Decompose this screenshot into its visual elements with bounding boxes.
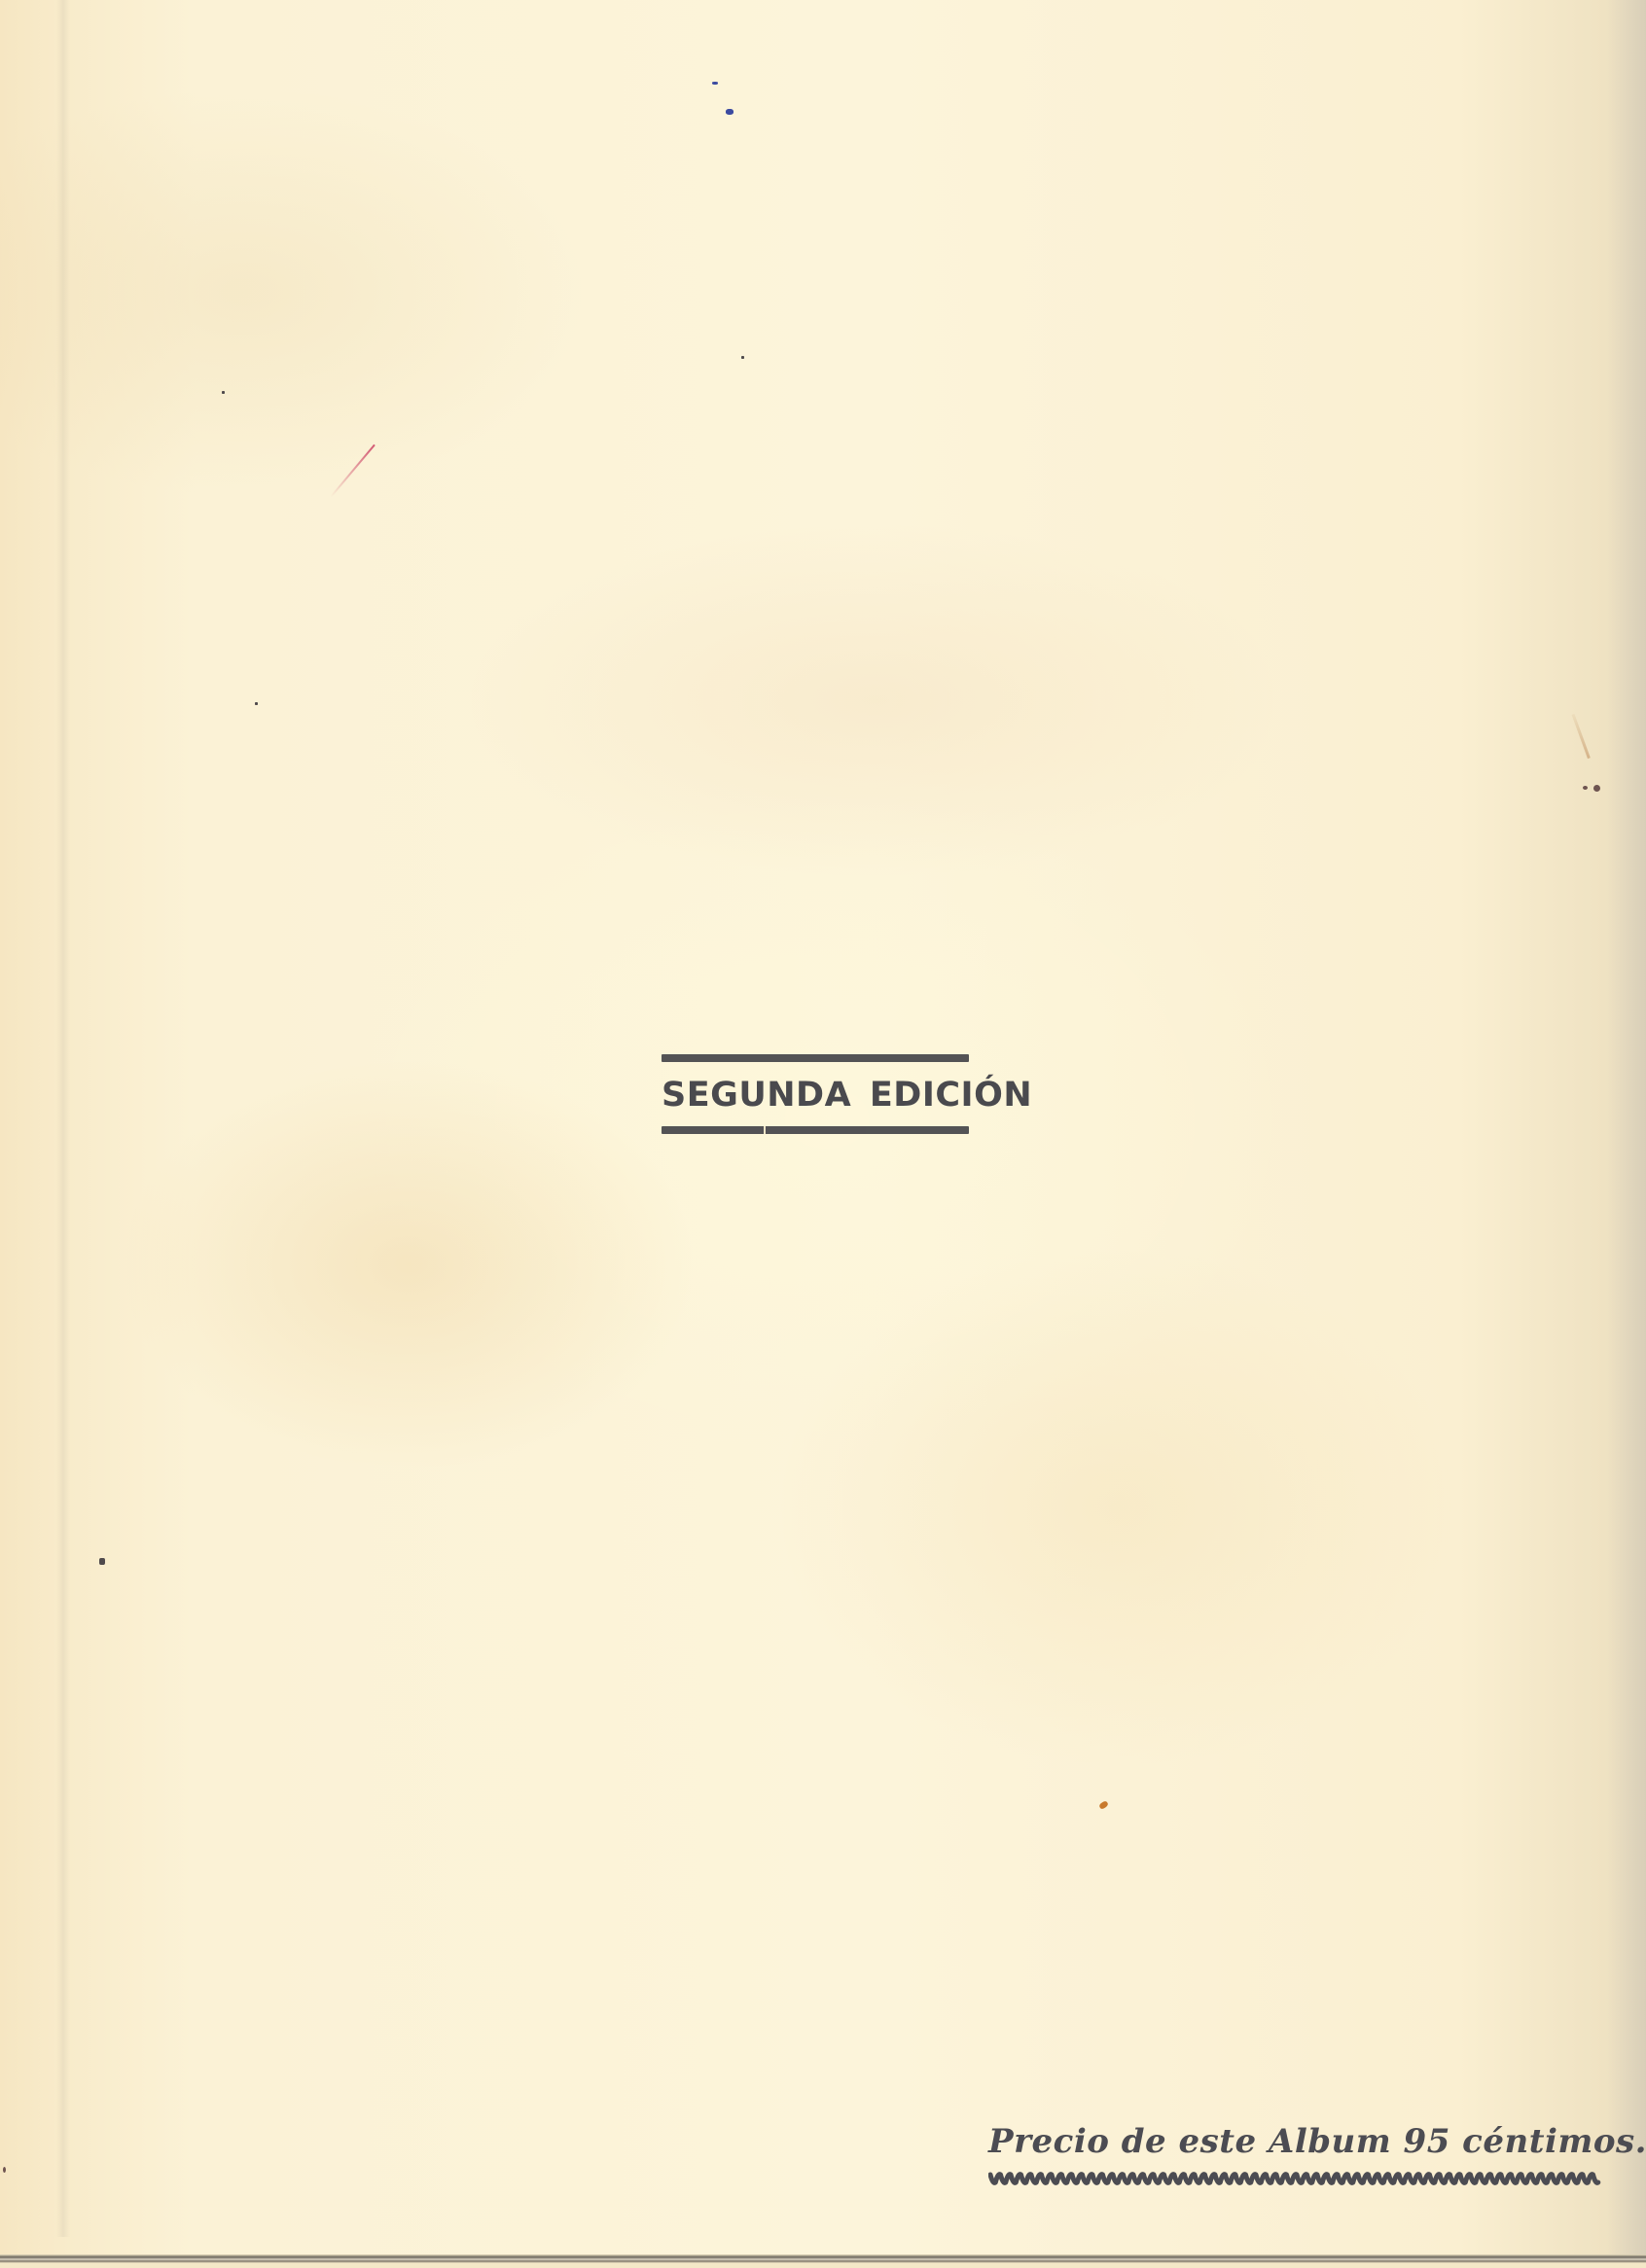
page-bottom-edge [0,2254,1646,2268]
binding-shadow [56,0,70,2237]
rule-top [662,1054,969,1062]
worn-right-edge [1607,0,1646,2268]
rule-bottom [662,1126,969,1134]
stain-streak [1572,714,1591,759]
edge-mark [3,2167,6,2173]
album-back-cover: SEGUNDA EDICIÓN Precio de este Album 95 … [0,0,1646,2268]
stain-speck [1098,1800,1109,1810]
ink-speck [726,109,734,115]
stain-spot [1583,786,1588,790]
edition-heading: SEGUNDA EDICIÓN [662,1054,969,1134]
wavy-rule [988,2171,1603,2186]
ink-dot [222,391,225,394]
edition-label: SEGUNDA EDICIÓN [662,1076,969,1115]
ink-dot [741,356,744,359]
stain-spot [1593,785,1600,792]
price-text: Precio de este Album 95 céntimos. [988,2118,1603,2165]
price-notice: Precio de este Album 95 céntimos. [988,2118,1603,2186]
ink-dot [255,702,258,705]
ink-speck [712,82,718,85]
ink-dot [99,1558,105,1565]
pencil-scratch [330,444,376,498]
